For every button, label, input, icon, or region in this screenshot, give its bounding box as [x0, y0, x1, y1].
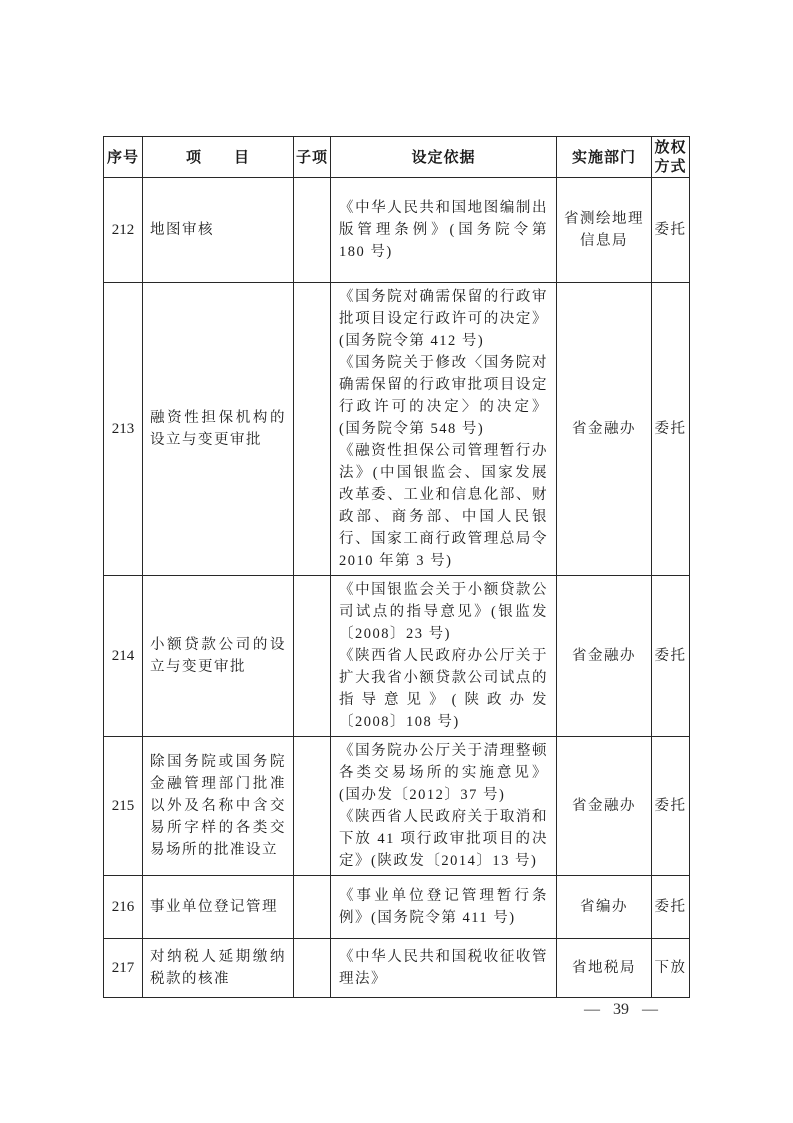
cell-delegation-mode: 下放 [652, 939, 690, 998]
cell-item: 事业单位登记管理 [143, 876, 294, 939]
cell-serial-number: 212 [104, 178, 143, 283]
footer-left-dash: — [584, 1001, 600, 1019]
document-page: 序号 项 目 子项 设定依据 实施部门 放权方式 212 地图审核 《中华人民共… [0, 0, 793, 1123]
table-row-216: 216 事业单位登记管理 《事业单位登记管理暂行条例》(国务院令第 411 号)… [104, 876, 690, 939]
cell-item: 对纳税人延期缴纳税款的核准 [143, 939, 294, 998]
cell-delegation-mode: 委托 [652, 283, 690, 576]
cell-serial-number: 215 [104, 737, 143, 876]
cell-department: 省金融办 [557, 576, 652, 737]
cell-subitem [294, 178, 331, 283]
cell-department: 省编办 [557, 876, 652, 939]
footer-right-dash: — [642, 1001, 658, 1019]
cell-serial-number: 216 [104, 876, 143, 939]
approval-items-table: 序号 项 目 子项 设定依据 实施部门 放权方式 212 地图审核 《中华人民共… [103, 136, 690, 998]
cell-item: 地图审核 [143, 178, 294, 283]
header-department: 实施部门 [557, 137, 652, 178]
table-row-214: 214 小额贷款公司的设立与变更审批 《中国银监会关于小额贷款公司试点的指导意见… [104, 576, 690, 737]
cell-serial-number: 213 [104, 283, 143, 576]
table-row-213: 213 融资性担保机构的设立与变更审批 《国务院对确需保留的行政审批项目设定行政… [104, 283, 690, 576]
table-row-217: 217 对纳税人延期缴纳税款的核准 《中华人民共和国税收征收管理法》 省地税局 … [104, 939, 690, 998]
cell-subitem [294, 737, 331, 876]
cell-basis: 《事业单位登记管理暂行条例》(国务院令第 411 号) [331, 876, 557, 939]
cell-delegation-mode: 委托 [652, 576, 690, 737]
page-footer: — 39 — [584, 1001, 658, 1019]
cell-basis: 《国务院对确需保留的行政审批项目设定行政许可的决定》(国务院令第 412 号) … [331, 283, 557, 576]
header-item: 项 目 [143, 137, 294, 178]
page-number: 39 [613, 1001, 629, 1019]
header-subitem: 子项 [294, 137, 331, 178]
cell-delegation-mode: 委托 [652, 876, 690, 939]
header-serial-number: 序号 [104, 137, 143, 178]
cell-serial-number: 217 [104, 939, 143, 998]
cell-subitem [294, 876, 331, 939]
cell-subitem [294, 576, 331, 737]
cell-basis: 《国务院办公厅关于清理整顿各类交易场所的实施意见》(国办发〔2012〕37 号)… [331, 737, 557, 876]
header-basis: 设定依据 [331, 137, 557, 178]
cell-basis: 《中华人民共和国税收征收管理法》 [331, 939, 557, 998]
cell-basis: 《中国银监会关于小额贷款公司试点的指导意见》(银监发〔2008〕23 号) 《陕… [331, 576, 557, 737]
cell-subitem [294, 283, 331, 576]
table-header-row: 序号 项 目 子项 设定依据 实施部门 放权方式 [104, 137, 690, 178]
cell-serial-number: 214 [104, 576, 143, 737]
table-row-215: 215 除国务院或国务院金融管理部门批准以外及名称中含交易所字样的各类交易场所的… [104, 737, 690, 876]
cell-department: 省地税局 [557, 939, 652, 998]
cell-delegation-mode: 委托 [652, 178, 690, 283]
cell-department: 省金融办 [557, 737, 652, 876]
cell-department: 省测绘地理信息局 [557, 178, 652, 283]
cell-basis: 《中华人民共和国地图编制出版管理条例》(国务院令第 180 号) [331, 178, 557, 283]
table-row-212: 212 地图审核 《中华人民共和国地图编制出版管理条例》(国务院令第 180 号… [104, 178, 690, 283]
cell-delegation-mode: 委托 [652, 737, 690, 876]
cell-item: 融资性担保机构的设立与变更审批 [143, 283, 294, 576]
header-delegation-mode: 放权方式 [652, 137, 690, 178]
cell-department: 省金融办 [557, 283, 652, 576]
cell-item: 除国务院或国务院金融管理部门批准以外及名称中含交易所字样的各类交易场所的批准设立 [143, 737, 294, 876]
cell-subitem [294, 939, 331, 998]
cell-item: 小额贷款公司的设立与变更审批 [143, 576, 294, 737]
